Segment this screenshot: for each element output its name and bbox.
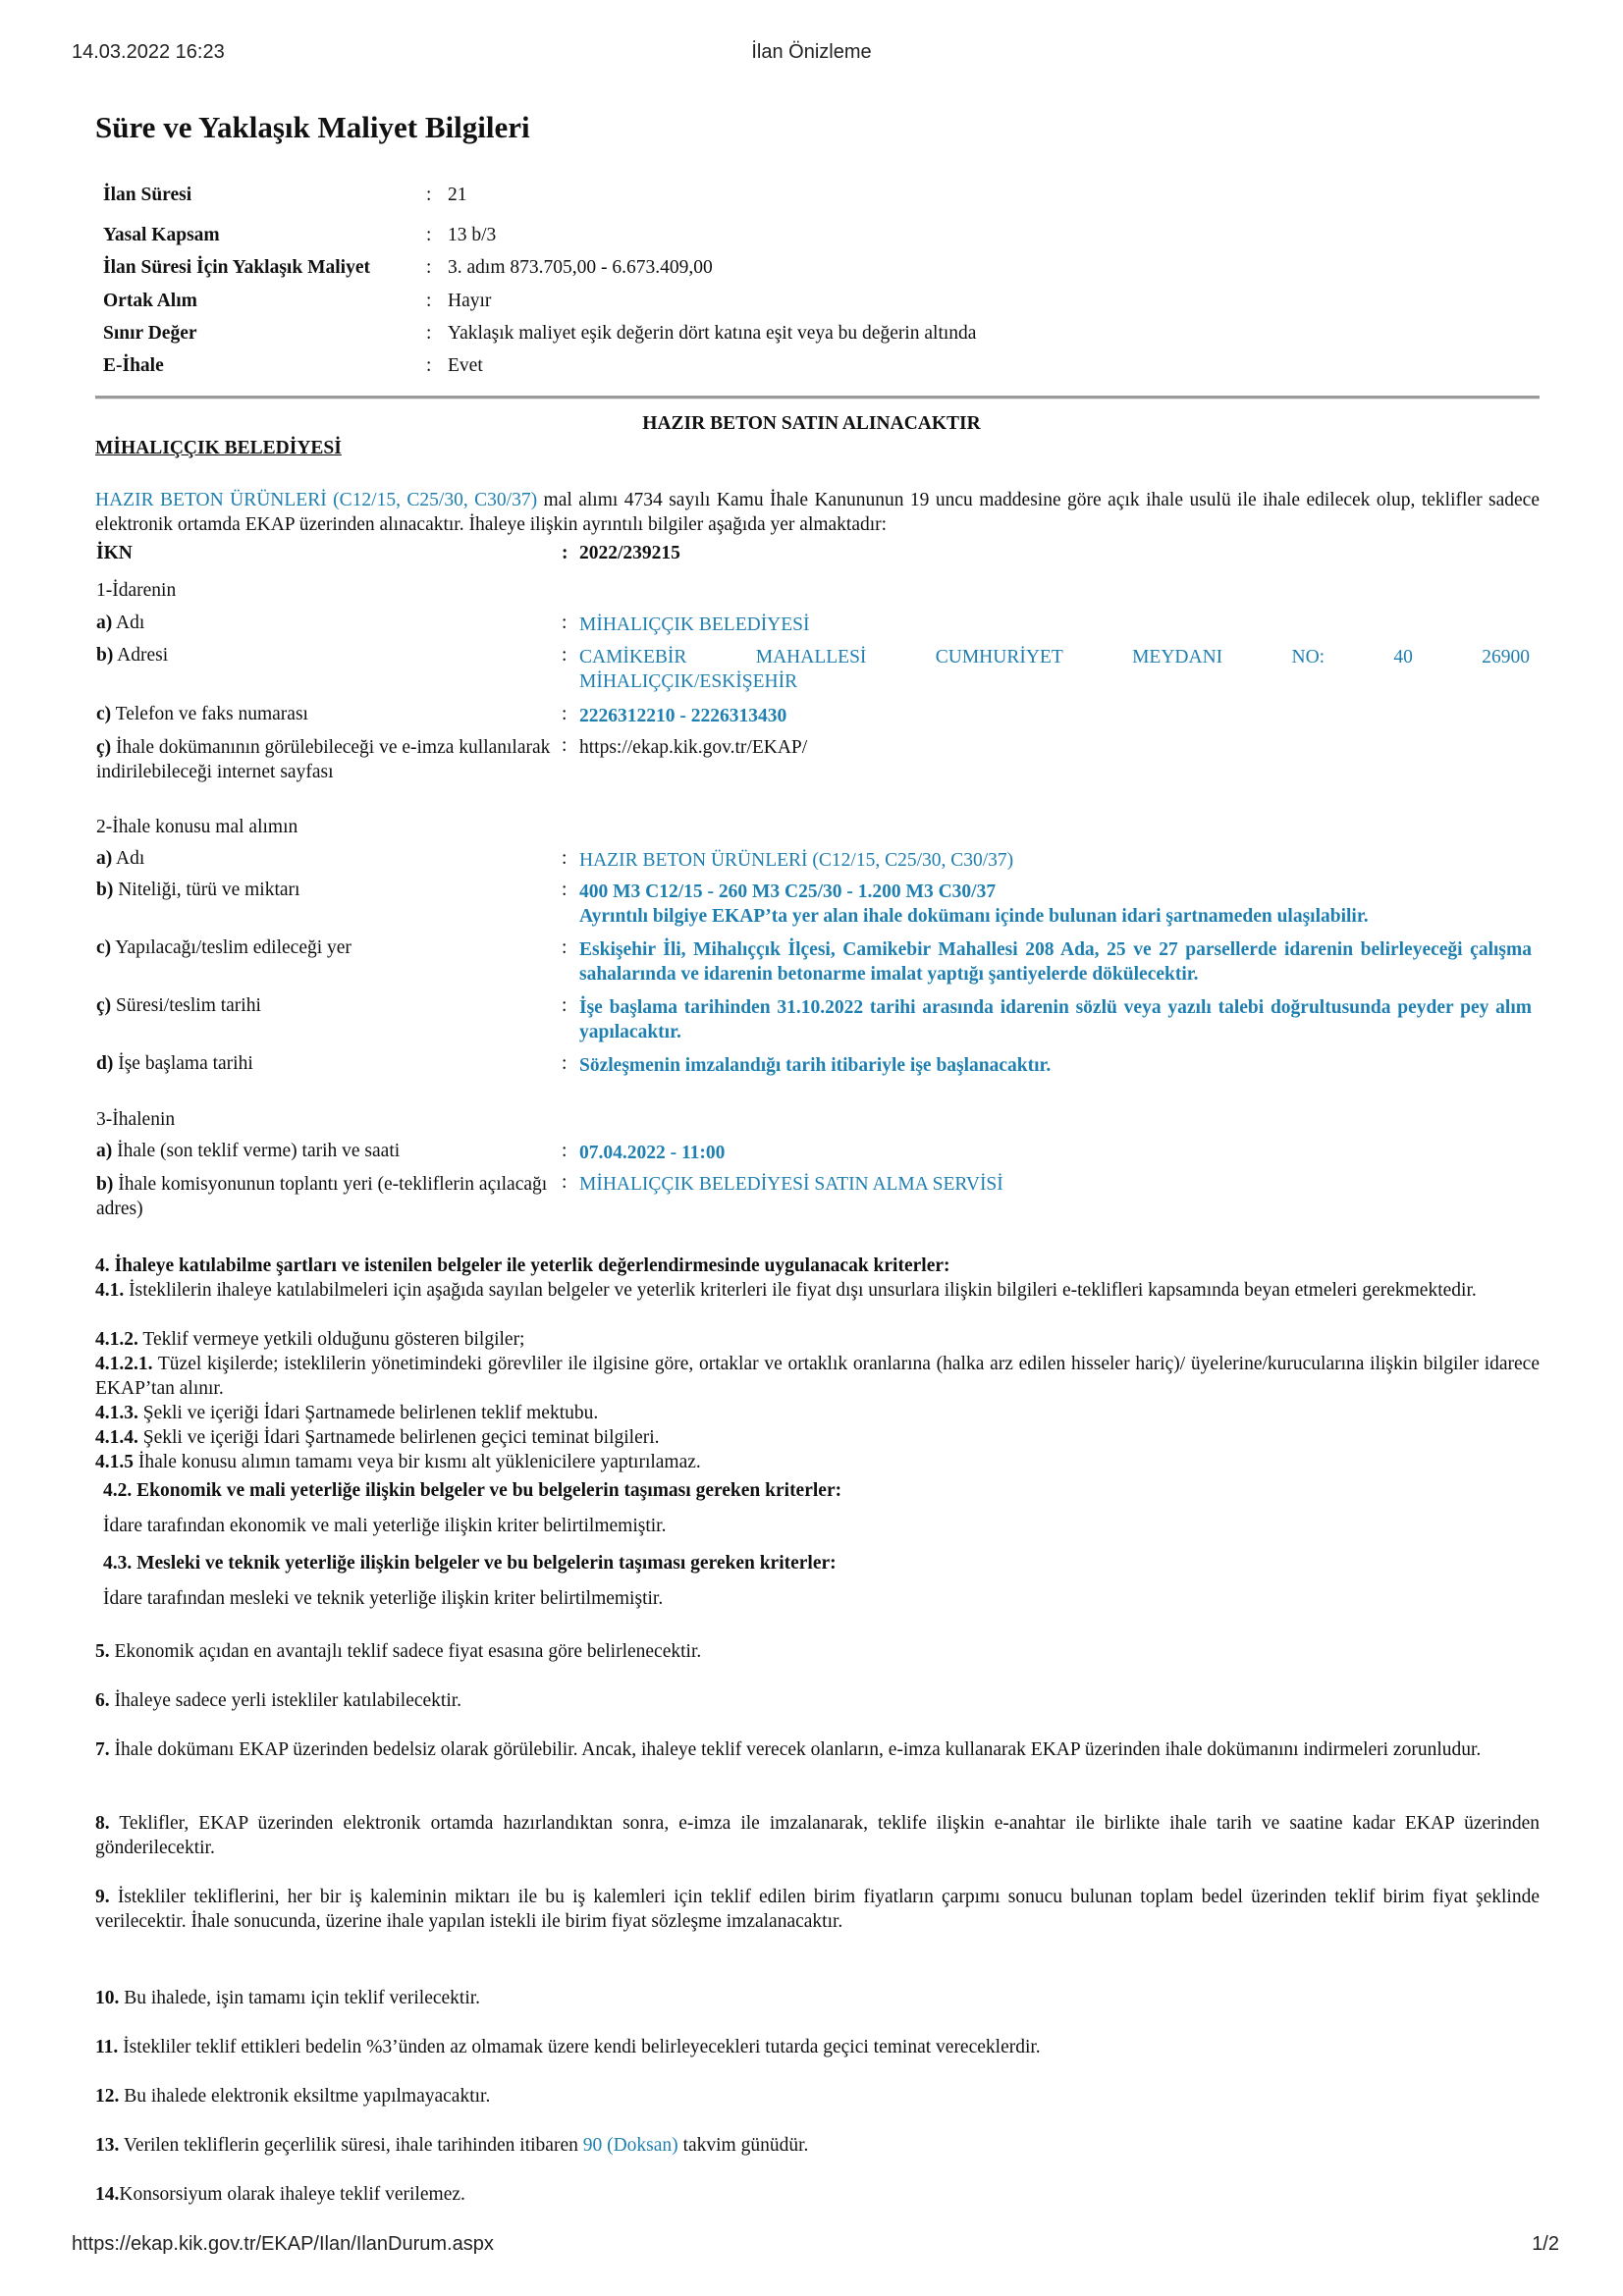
validity-period: 90 (Doksan) — [583, 2135, 678, 2156]
section1-item-label: c) Telefon ve faks numarası — [96, 704, 308, 725]
notice-title: HAZIR BETON SATIN ALINACAKTIR — [0, 413, 1623, 435]
colon: : — [562, 613, 567, 634]
summary-label: E-İhale — [103, 355, 164, 377]
section3-item-label: b) İhale komisyonunun toplantı yeri (e-t… — [96, 1172, 558, 1221]
section1-item-value: CAMİKEBİRMAHALLESİCUMHURİYETMEYDANINO:40… — [579, 645, 1530, 694]
section1-heading: 1-İdarenin — [96, 580, 176, 602]
clause-10: 10. Bu ihalede, işin tamamı için teklif … — [95, 1986, 1540, 2010]
criteria-item: 4.1. İsteklilerin ihaleye katılabilmeler… — [95, 1278, 1540, 1303]
ikn-label: İKN — [96, 543, 133, 564]
section2-item-label: b) Niteliği, türü ve miktarı — [96, 880, 299, 901]
section2-item-value: İşe başlama tarihinden 31.10.2022 tarihi… — [579, 995, 1532, 1044]
organization-name: MİHALIÇÇIK BELEDİYESİ — [95, 438, 342, 459]
page-url: https://ekap.kik.gov.tr/EKAP/Ilan/IlanDu… — [72, 2233, 494, 2256]
colon: : — [562, 848, 567, 870]
section2-item-label: d) İşe başlama tarihi — [96, 1053, 253, 1075]
clause-5: 5. Ekonomik açıdan en avantajlı teklif s… — [95, 1639, 1540, 1664]
section3-heading: 3-İhalenin — [96, 1109, 175, 1131]
section4-heading: 4. İhaleye katılabilme şartları ve isten… — [95, 1254, 1540, 1278]
colon: : — [562, 645, 567, 667]
clause-14: 14.Konsorsiyum olarak ihaleye teklif ver… — [95, 2182, 1540, 2207]
criteria-item: 4.1.2.1. Tüzel kişilerde; isteklilerin y… — [95, 1352, 1540, 1401]
summary-label: İlan Süresi — [103, 185, 191, 206]
colon: : — [562, 735, 567, 757]
section2-item-value: Sözleşmenin imzalandığı tarih itibariyle… — [579, 1053, 1532, 1078]
colon: : — [562, 1141, 567, 1162]
page-number: 1/2 — [1532, 2233, 1559, 2256]
section1-item-value: MİHALIÇÇIK BELEDİYESİ — [579, 613, 1532, 637]
criteria-item: 4.1.5 İhale konusu alımın tamamı veya bi… — [95, 1450, 1540, 1474]
section1-item-label: b) Adresi — [96, 645, 168, 667]
colon: : — [426, 257, 431, 279]
colon: : — [426, 225, 431, 246]
section1-item-label: a) Adı — [96, 613, 144, 634]
summary-value: 21 — [448, 185, 467, 206]
intro-highlight: HAZIR BETON ÜRÜNLERİ (C12/15, C25/30, C3… — [95, 490, 537, 510]
section2-item-label: a) Adı — [96, 848, 144, 870]
summary-value: 13 b/3 — [448, 225, 496, 246]
ekap-url-link[interactable]: https://ekap.kik.gov.tr/EKAP/ — [579, 735, 1532, 760]
economic-criteria-heading: 4.2. Ekonomik ve mali yeterliğe ilişkin … — [103, 1478, 841, 1503]
colon: : — [426, 355, 431, 377]
colon: : — [562, 995, 567, 1017]
clause-12: 12. Bu ihalede elektronik eksiltme yapıl… — [95, 2084, 1540, 2109]
colon: : — [562, 1053, 567, 1075]
clause-11: 11. İstekliler teklif ettikleri bedelin … — [95, 2035, 1540, 2059]
meeting-place-value: MİHALIÇÇIK BELEDİYESİ SATIN ALMA SERVİSİ — [579, 1172, 1532, 1197]
section2-item-value: Eskişehir İli, Mihalıççık İlçesi, Camike… — [579, 937, 1532, 987]
section3-item-label: a) İhale (son teklif verme) tarih ve saa… — [96, 1141, 400, 1162]
colon: : — [562, 704, 567, 725]
clause-6: 6. İhaleye sadece yerli istekliler katıl… — [95, 1688, 1540, 1713]
section1-item-label: ç) İhale dokümanının görülebileceği ve e… — [96, 735, 558, 784]
colon: : — [426, 291, 431, 312]
section-divider — [95, 396, 1540, 400]
colon: : — [426, 323, 431, 345]
colon: : — [426, 185, 431, 206]
tender-datetime-value: 07.04.2022 - 11:00 — [579, 1141, 1532, 1165]
section2-item-label: c) Yapılacağı/teslim edileceği yer — [96, 937, 352, 959]
colon: : — [562, 1172, 567, 1194]
clause-9: 9. İstekliler tekliflerini, her bir iş k… — [95, 1885, 1540, 1934]
clause-8: 8. Teklifler, EKAP üzerinden elektronik … — [95, 1811, 1540, 1860]
summary-value: 3. adım 873.705,00 - 6.673.409,00 — [448, 257, 713, 279]
section2-heading: 2-İhale konusu mal alımın — [96, 817, 298, 838]
phone-fax-value: 2226312210 - 2226313430 — [579, 704, 1532, 728]
summary-label: Yasal Kapsam — [103, 225, 220, 246]
ikn-value: 2022/239215 — [579, 543, 680, 564]
clause-13: 13. Verilen tekliflerin geçerlilik süres… — [95, 2133, 1540, 2158]
technical-criteria-heading: 4.3. Mesleki ve teknik yeterliğe ilişkin… — [103, 1551, 837, 1575]
page-header-title: İlan Önizleme — [0, 41, 1623, 64]
summary-label: Ortak Alım — [103, 291, 197, 312]
summary-label: İlan Süresi İçin Yaklaşık Maliyet — [103, 257, 370, 279]
criteria-item: 4.1.3. Şekli ve içeriği İdari Şartnamede… — [95, 1401, 1540, 1425]
clause-7: 7. İhale dokümanı EKAP üzerinden bedelsi… — [95, 1737, 1540, 1762]
intro-paragraph: HAZIR BETON ÜRÜNLERİ (C12/15, C25/30, C3… — [95, 488, 1540, 537]
summary-value: Yaklaşık maliyet eşik değerin dört katın… — [448, 323, 976, 345]
colon: : — [562, 543, 568, 564]
section2-item-label: ç) Süresi/teslim tarihi — [96, 995, 261, 1017]
economic-criteria-text: İdare tarafından ekonomik ve mali yeterl… — [103, 1514, 666, 1538]
criteria-item: 4.1.4. Şekli ve içeriği İdari Şartnamede… — [95, 1425, 1540, 1450]
criteria-item: 4.1.2. Teklif vermeye yetkili olduğunu g… — [95, 1327, 1540, 1352]
summary-value: Hayır — [448, 291, 491, 312]
section2-item-value: HAZIR BETON ÜRÜNLERİ (C12/15, C25/30, C3… — [579, 848, 1532, 873]
summary-label: Sınır Değer — [103, 323, 197, 345]
colon: : — [562, 880, 567, 901]
colon: : — [562, 937, 567, 959]
summary-title: Süre ve Yaklaşık Maliyet Bilgileri — [95, 110, 530, 145]
section2-item-value: 400 M3 C12/15 - 260 M3 C25/30 - 1.200 M3… — [579, 880, 1532, 929]
summary-value: Evet — [448, 355, 483, 377]
technical-criteria-text: İdare tarafından mesleki ve teknik yeter… — [103, 1586, 663, 1611]
